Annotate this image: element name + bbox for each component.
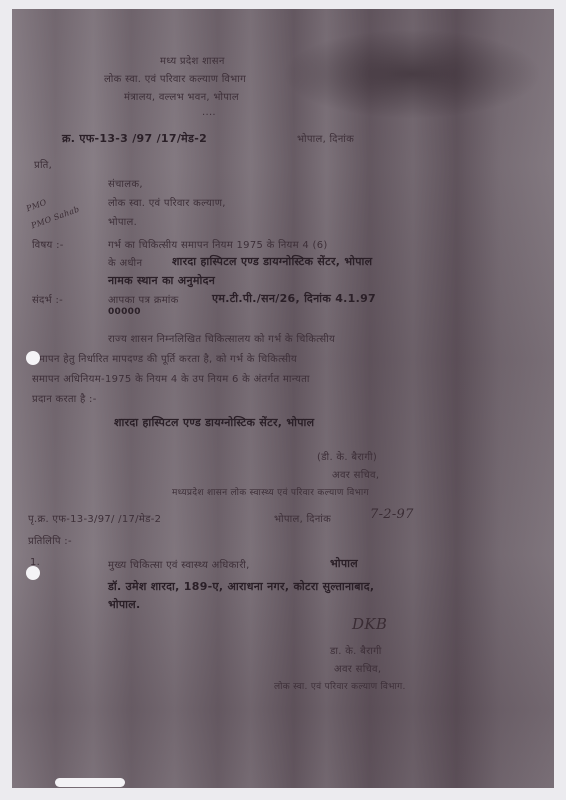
salutation: प्रति, (34, 157, 52, 171)
letterhead-govt: मध्य प्रदेश शासन (160, 53, 225, 67)
endorsement-place-date: भोपाल, दिनांक (274, 511, 331, 525)
copy-item1: मुख्य चिकित्सा एवं स्वास्थ्य अधिकारी, (108, 557, 250, 571)
letterhead-separator: .... (202, 107, 216, 118)
letterhead-address: मंत्रालय, वल्लभ भवन, भोपाल (124, 89, 239, 103)
scan-smudge (282, 29, 542, 119)
signature1-name: (डी. के. बैरागी) (317, 449, 377, 463)
reference-number: क्र. एफ-13-3 /97 /17/मेड-2 (62, 131, 207, 146)
letterhead-department: लोक स्वा. एवं परिवार कल्याण विभाग (104, 71, 246, 85)
reference-place-date: भोपाल, दिनांक (297, 131, 354, 145)
body-heading: 00000 (108, 307, 141, 317)
reference-label: संदर्भ :- (32, 292, 63, 306)
scan-artifact (55, 778, 125, 787)
punch-hole-top (26, 351, 40, 365)
signature1-department: मध्यप्रदेश शासन लोक स्वास्थ्य एवं परिवार… (172, 485, 369, 498)
body-para-line4: प्रदान करता है :- (32, 391, 97, 405)
body-para-line1: राज्य शासन निम्नलिखित चिकित्सालय को गर्भ… (108, 331, 335, 345)
subject-line1: गर्भ का चिकित्सीय समापन नियम 1975 के निय… (108, 237, 328, 251)
subject-label: विषय :- (32, 237, 64, 251)
signature1-title: अवर सचिव, (332, 467, 379, 481)
reference-letter-number: एम.टी.पी./सन/26, दिनांक 4.1.97 (212, 291, 376, 306)
body-para-line2: समापन हेतु निर्धारित मापदण्ड की पूर्ति क… (32, 351, 297, 365)
addressee-line1: संचालक, (108, 176, 143, 190)
signature2-title: अवर सचिव, (334, 661, 381, 675)
punch-hole-bottom (26, 566, 40, 580)
reference-prefix: आपका पत्र क्रमांक (108, 292, 179, 306)
addressee-line3: भोपाल. (108, 214, 137, 228)
signature-scrawl: DKB (352, 615, 387, 633)
body-hospital-name: शारदा हास्पिटल एण्ड डायग्नोस्टिक सेंटर, … (114, 415, 314, 430)
copy-item2: डॉ. उमेश शारदा, 189-ए, आराधना नगर, कोटरा… (108, 579, 374, 594)
endorsement-handwritten-date: 7-2-97 (370, 507, 414, 522)
margin-note-line1: PMO (25, 198, 48, 214)
subject-line2-hospital: शारदा हास्पिटल एण्ड डायग्नोस्टिक सेंटर, … (172, 254, 372, 269)
endorsement-number: पृ.क्र. एफ-13-3/97/ /17/मेड-2 (28, 511, 161, 525)
scanned-document-page: मध्य प्रदेश शासन लोक स्वा. एवं परिवार कल… (12, 9, 554, 788)
signature2-name: डा. के. बैरागी (330, 643, 382, 657)
copy-item1-city: भोपाल (330, 556, 358, 571)
body-para-line3: समापन अधिनियम-1975 के नियम 4 के उप नियम … (32, 371, 310, 385)
subject-line2-prefix: के अधीन (108, 255, 142, 269)
subject-line3: नामक स्थान का अनुमोदन (108, 273, 215, 288)
copy-to-label: प्रतिलिपि :- (28, 533, 72, 547)
addressee-line2: लोक स्वा. एवं परिवार कल्याण, (108, 195, 226, 209)
signature2-department: लोक स्वा. एवं परिवार कल्याण विभाग. (274, 679, 406, 692)
copy-item2-city: भोपाल. (108, 597, 141, 612)
